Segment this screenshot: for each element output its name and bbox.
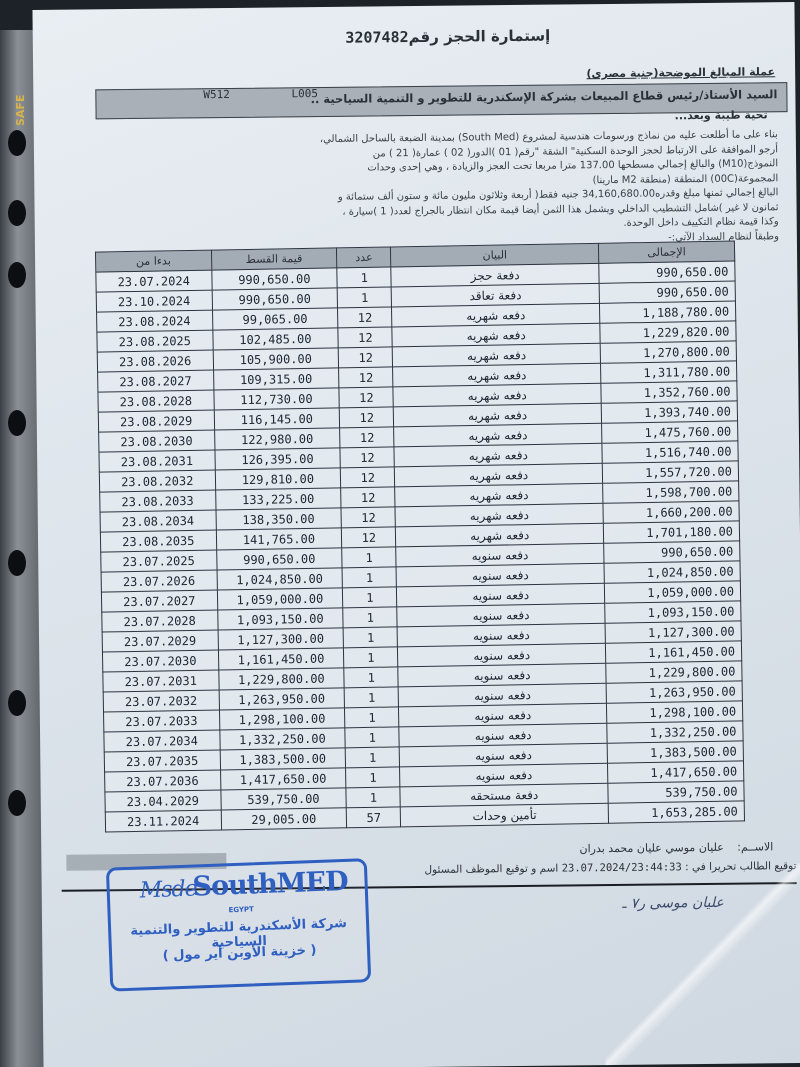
cell-start-from: 23.08.2027 — [98, 370, 214, 392]
cell-total: 1,383,500.00 — [607, 741, 743, 763]
cell-total: 1,417,650.00 — [607, 761, 743, 783]
punch-hole — [8, 690, 26, 716]
cell-total: 1,298,100.00 — [606, 701, 742, 723]
cell-installment: 1,332,250.00 — [219, 728, 345, 750]
cell-installment: 1,024,850.00 — [217, 568, 343, 590]
stamp-brand-name: SouthMED — [192, 866, 348, 903]
cell-total: 1,229,820.00 — [600, 321, 736, 343]
cell-start-from: 23.07.2028 — [102, 610, 218, 632]
cell-count: 12 — [341, 487, 396, 508]
cell-start-from: 23.11.2024 — [105, 810, 221, 832]
cell-total: 1,161,450.00 — [605, 641, 741, 663]
cell-start-from: 23.10.2024 — [96, 290, 212, 312]
company-stamp: MsdeSouthMED EGYPT شركة الأسكندرية للتطو… — [106, 858, 371, 991]
cell-start-from: 23.07.2027 — [101, 590, 217, 612]
cell-total: 1,475,760.00 — [602, 421, 738, 443]
cell-total: 990,650.00 — [599, 281, 735, 303]
cell-total: 1,093,150.00 — [605, 601, 741, 623]
cell-total: 1,263,950.00 — [606, 681, 742, 703]
cell-start-from: 23.08.2033 — [100, 490, 216, 512]
cell-start-from: 23.07.2036 — [105, 770, 221, 792]
cell-installment: 109,315.00 — [213, 368, 339, 390]
cell-count: 12 — [341, 467, 396, 488]
cell-total: 1,270,800.00 — [600, 341, 736, 363]
cell-start-from: 23.08.2028 — [98, 390, 214, 412]
col-start-from: بدءا من — [95, 250, 211, 272]
cell-count: 1 — [342, 547, 397, 568]
cell-total: 1,393,740.00 — [601, 401, 737, 423]
cell-installment: 990,650.00 — [212, 288, 338, 310]
punch-hole — [8, 550, 26, 576]
punch-hole — [8, 200, 26, 226]
cell-start-from: 23.08.2024 — [97, 310, 213, 332]
cell-start-from: 23.08.2029 — [98, 410, 214, 432]
request-body: بناء على ما أطلعت عليه من نماذج ورسومات … — [78, 128, 779, 251]
official-signature-label: اسم و توقيع الموظف المسئول — [424, 863, 558, 876]
name-value: عليان موسي عليان محمد بدران — [579, 841, 723, 856]
cell-installment: 102,485.00 — [212, 328, 338, 350]
form-title: إستمارة الحجز رقم3207482 — [283, 26, 613, 47]
cell-count: 1 — [344, 687, 399, 708]
cell-total: 1,352,760.00 — [601, 381, 737, 403]
cell-installment: 1,161,450.00 — [218, 648, 344, 670]
stamp-brand: MsdeSouthMED — [139, 866, 348, 905]
cell-installment: 29,005.00 — [221, 808, 347, 830]
cell-count: 12 — [340, 407, 395, 428]
cell-start-from: 23.07.2034 — [104, 730, 220, 752]
cell-start-from: 23.08.2031 — [99, 450, 215, 472]
cell-count: 12 — [338, 307, 393, 328]
cell-start-from: 23.07.2033 — [104, 710, 220, 732]
cell-count: 12 — [338, 327, 393, 348]
cell-count: 12 — [340, 427, 395, 448]
cell-total: 1,516,740.00 — [602, 441, 738, 463]
cell-start-from: 23.08.2030 — [99, 430, 215, 452]
cell-installment: 1,093,150.00 — [217, 608, 343, 630]
cell-total: 1,127,300.00 — [605, 621, 741, 643]
stamp-country: EGYPT — [228, 905, 254, 914]
cell-start-from: 23.07.2029 — [102, 630, 218, 652]
cell-total: 1,059,000.00 — [604, 581, 740, 603]
cell-installment: 539,750.00 — [220, 788, 346, 810]
form-title-text: إستمارة الحجز رقم — [408, 27, 550, 46]
col-count: عدد — [337, 247, 392, 268]
cell-installment: 1,383,500.00 — [220, 748, 346, 770]
cell-installment: 138,350.00 — [216, 508, 342, 530]
punch-hole — [8, 130, 26, 156]
cell-count: 1 — [337, 267, 392, 288]
cell-start-from: 23.07.2024 — [96, 270, 212, 292]
cell-total: 539,750.00 — [608, 781, 744, 803]
col-total: الإجمالى — [598, 241, 734, 263]
cell-start-from: 23.07.2026 — [101, 570, 217, 592]
cell-count: 1 — [344, 647, 399, 668]
cell-count: 1 — [345, 727, 400, 748]
cell-installment: 126,395.00 — [214, 448, 340, 470]
cell-total: 1,701,180.00 — [603, 521, 739, 543]
cell-count: 12 — [339, 367, 394, 388]
cell-count: 1 — [344, 667, 399, 688]
applicant-name: الاســم: عليان موسي عليان محمد بدران — [579, 840, 773, 855]
cell-installment: 99,065.00 — [212, 308, 338, 330]
name-label: الاســم: — [737, 840, 773, 853]
cell-start-from: 23.08.2035 — [100, 530, 216, 552]
punch-hole — [8, 262, 26, 288]
punch-hole — [8, 410, 26, 436]
cell-count: 1 — [343, 627, 398, 648]
cell-total: 1,332,250.00 — [607, 721, 743, 743]
cell-count: 12 — [341, 507, 396, 528]
cell-count: 12 — [339, 387, 394, 408]
payment-schedule-table: بدءا من قيمة القسط عدد البيان الإجمالى 2… — [95, 240, 745, 832]
cell-total: 1,311,780.00 — [600, 361, 736, 383]
cell-start-from: 23.08.2026 — [97, 350, 213, 372]
cell-start-from: 23.07.2030 — [102, 650, 218, 672]
cell-installment: 116,145.00 — [214, 408, 340, 430]
cell-installment: 990,650.00 — [216, 548, 342, 570]
cell-count: 1 — [346, 787, 401, 808]
cell-start-from: 23.04.2029 — [105, 790, 221, 812]
cell-installment: 1,127,300.00 — [218, 628, 344, 650]
cell-installment: 105,900.00 — [213, 348, 339, 370]
stamp-initials: Msde — [139, 876, 197, 903]
cell-total: 1,660,200.00 — [603, 501, 739, 523]
cell-installment: 112,730.00 — [213, 388, 339, 410]
paper-sheen — [603, 863, 800, 1065]
cell-installment: 990,650.00 — [211, 268, 337, 290]
currency-note: عملة المبالغ الموضحة(جنية مصرى) — [586, 65, 775, 80]
cell-count: 1 — [342, 567, 397, 588]
cell-description: تأمين وحدات — [401, 803, 609, 827]
cell-installment: 1,263,950.00 — [219, 688, 345, 710]
cell-count: 1 — [346, 767, 401, 788]
cell-installment: 141,765.00 — [216, 528, 342, 550]
cell-total: 990,650.00 — [604, 541, 740, 563]
punch-hole — [8, 790, 26, 816]
cell-installment: 133,225.00 — [215, 488, 341, 510]
cell-count: 12 — [338, 347, 393, 368]
cell-total: 1,229,800.00 — [606, 661, 742, 683]
cell-count: 1 — [345, 747, 400, 768]
cell-installment: 1,229,800.00 — [218, 668, 344, 690]
cell-start-from: 23.07.2031 — [103, 670, 219, 692]
cell-start-from: 23.07.2025 — [101, 550, 217, 572]
cell-count: 57 — [346, 807, 401, 828]
cell-total: 1,188,780.00 — [599, 301, 735, 323]
reservation-form-page: إستمارة الحجز رقم3207482 عملة المبالغ ال… — [32, 2, 800, 1067]
cell-installment: 1,298,100.00 — [219, 708, 345, 730]
cell-count: 1 — [337, 287, 392, 308]
cell-count: 1 — [343, 607, 398, 628]
cell-total: 1,024,850.00 — [604, 561, 740, 583]
form-number: 3207482 — [345, 28, 408, 47]
cell-start-from: 23.07.2035 — [104, 750, 220, 772]
cell-start-from: 23.07.2032 — [103, 690, 219, 712]
cell-count: 1 — [343, 587, 398, 608]
cell-installment: 1,417,650.00 — [220, 768, 346, 790]
cell-total: 1,598,700.00 — [603, 481, 739, 503]
cell-installment: 1,059,000.00 — [217, 588, 343, 610]
cell-count: 1 — [345, 707, 400, 728]
col-installment: قيمة القسط — [211, 248, 337, 270]
cell-start-from: 23.08.2032 — [99, 470, 215, 492]
cell-total: 990,650.00 — [599, 261, 735, 283]
cell-installment: 122,980.00 — [214, 428, 340, 450]
cell-total: 1,557,720.00 — [602, 461, 738, 483]
cell-start-from: 23.08.2034 — [100, 510, 216, 532]
cell-installment: 129,810.00 — [215, 468, 341, 490]
cell-count: 12 — [342, 527, 397, 548]
cell-start-from: 23.08.2025 — [97, 330, 213, 352]
cell-total: 1,653,285.00 — [608, 801, 744, 823]
greeting: تحية طيبة وبعد... — [675, 108, 768, 122]
cell-count: 12 — [340, 447, 395, 468]
